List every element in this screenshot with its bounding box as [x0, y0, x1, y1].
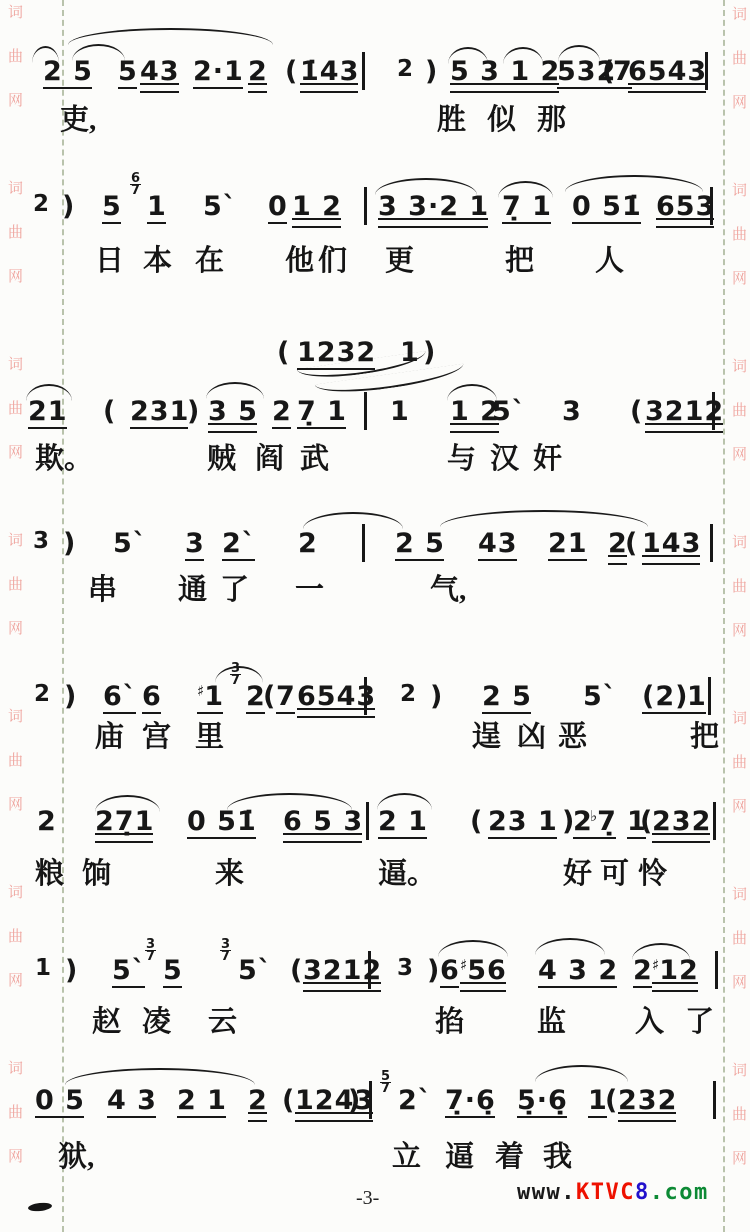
note-token: 2ˋ [398, 1087, 432, 1114]
watermark-char: 曲 [8, 930, 23, 945]
lyric-char: 狱, [58, 1143, 94, 1172]
note-token: ( [263, 683, 276, 710]
note-token: 5 [163, 957, 183, 984]
note-token: 7̣·6̣ [445, 1087, 496, 1114]
note-token: 5ˋ [113, 530, 147, 557]
lyric-char: 我 [543, 1143, 572, 1172]
lyric-char: 气, [430, 576, 466, 605]
slur-arc [95, 795, 160, 812]
barline [715, 951, 718, 989]
note-token: 2 [248, 58, 268, 85]
note-token: 2ˋ [222, 530, 256, 557]
note-token: ) [427, 957, 440, 984]
barline [712, 392, 715, 430]
note-token: 5 [102, 193, 122, 220]
slur-arc [632, 943, 690, 960]
lyric-char: 阎 [255, 445, 284, 474]
note-token: 1 [390, 398, 410, 425]
note-token: (2) [642, 683, 688, 710]
lyric-char: 逼 [445, 1143, 474, 1172]
lyric-char: 通 [178, 576, 207, 605]
watermark-char: 网 [8, 446, 23, 461]
barline [364, 392, 367, 430]
note-token: 3 [562, 398, 582, 425]
note-token: ( [277, 339, 290, 366]
barline [705, 52, 708, 90]
watermark-char: 曲 [8, 50, 23, 65]
lyric-char: 来 [215, 860, 244, 889]
note-token: 3 5 [208, 398, 258, 425]
slur-arc [72, 44, 125, 61]
lyric-char: 他 [285, 247, 314, 276]
watermark-char: 网 [8, 1150, 23, 1165]
note-token: 43 [140, 58, 180, 85]
note-token: 1 [687, 683, 707, 710]
note-token: 3 [185, 530, 205, 557]
watermark-char: 词 [8, 1062, 23, 1077]
slur-arc [68, 28, 273, 45]
watermark-char: 词 [8, 534, 23, 549]
slur-arc [448, 47, 488, 64]
watermark-char: 网 [732, 96, 747, 111]
lyric-char: 与 [447, 445, 476, 474]
watermark-char: 曲 [732, 52, 747, 67]
note-token: 21 [548, 530, 588, 557]
lyric-char: 们 [318, 247, 347, 276]
watermark-char: 网 [732, 624, 747, 639]
lyric-char: 里 [195, 723, 224, 752]
note-token: 5ˋ [238, 957, 272, 984]
lyric-char: 恶 [558, 723, 587, 752]
lyric-char: 在 [195, 247, 224, 276]
slur-arc [498, 181, 553, 198]
site-watermark-www: www. [517, 1180, 576, 1205]
watermark-char: 曲 [8, 578, 23, 593]
watermark-char: 曲 [732, 404, 747, 419]
note-token: 6543 [628, 58, 707, 85]
grace-note: 37 [145, 939, 156, 962]
note-token: 3 3·2 1 [378, 193, 489, 220]
lyric-char: 日 [95, 247, 124, 276]
lyric-char: 把 [690, 723, 719, 752]
lyric-char: 逼。 [378, 860, 436, 889]
note-token: 7̣ 1 [297, 398, 347, 425]
barline [713, 1081, 716, 1119]
note-token: 1 2 [292, 193, 342, 220]
lyric-char: 人 [595, 247, 624, 276]
slur-arc [565, 175, 703, 192]
note-token: 5ˋ [492, 398, 526, 425]
watermark-char: 词 [8, 358, 23, 373]
note-token: 0 51̇ [187, 808, 257, 835]
lyric-char: 了 [685, 1008, 714, 1037]
barline [710, 524, 713, 562]
watermark-char: 曲 [732, 228, 747, 243]
note-token: 2 [397, 58, 414, 81]
note-token: 7 [276, 683, 296, 710]
site-watermark-ktvc: KTVC [576, 1180, 635, 1205]
barline [366, 802, 369, 840]
lyric-char: 宫 [142, 723, 171, 752]
note-token: ♭7̣ [590, 808, 617, 835]
note-token: 2 5 [395, 530, 445, 557]
watermark-char: 网 [732, 976, 747, 991]
slur-arc [215, 666, 263, 683]
note-token: 5ˋ [583, 683, 617, 710]
note-token: 0 [268, 193, 288, 220]
watermark-char: 网 [732, 800, 747, 815]
note-token: 2 1 [177, 1087, 227, 1114]
barline [362, 52, 365, 90]
watermark-char: 网 [8, 622, 23, 637]
watermark-char: 词 [732, 8, 747, 23]
lyric-char: 欺。 [35, 445, 93, 474]
lyric-char: 汉 [490, 445, 519, 474]
barline [708, 677, 711, 715]
right-dashed-border [723, 0, 725, 1232]
accidental: ♯ [460, 956, 467, 974]
note-token: 0 5 [35, 1087, 85, 1114]
note-token: 2 [633, 957, 653, 984]
barline [364, 677, 367, 715]
lyric-char: 赵 [92, 1008, 121, 1037]
note-token: 5̣·6̣ [517, 1087, 568, 1114]
lyric-char: 凶 [517, 723, 546, 752]
note-token: ) [187, 398, 200, 425]
lyric-char: 奸 [533, 445, 562, 474]
note-token: 5ˋ [112, 957, 146, 984]
watermark-char: 网 [8, 270, 23, 285]
left-dashed-border [62, 0, 64, 1232]
accidental: ♯ [197, 682, 204, 700]
watermark-char: 曲 [8, 1106, 23, 1121]
note-token: 6 [440, 957, 460, 984]
lyric-char: 粮 [35, 860, 64, 889]
lyric-char: 本 [143, 247, 172, 276]
note-token: 21 [28, 398, 68, 425]
lyric-char: 串 [88, 576, 117, 605]
watermark-char: 曲 [732, 580, 747, 595]
grace-note: 37 [220, 939, 231, 962]
note-token: 0 51̇ [572, 193, 642, 220]
slur-arc [447, 384, 497, 401]
lyric-char: 更 [385, 247, 414, 276]
slur-arc [65, 1068, 255, 1085]
note-token: 23 1 [488, 808, 558, 835]
grace-note: 57 [380, 1071, 391, 1094]
note-token: 653 [656, 193, 715, 220]
watermark-char: 曲 [8, 226, 23, 241]
lyric-char: 了 [220, 576, 249, 605]
slur-arc [303, 512, 403, 529]
note-token: 1 [35, 957, 52, 980]
note-token: ( [605, 1087, 618, 1114]
note-token: 1243 [295, 1087, 374, 1114]
note-token: ) [64, 683, 77, 710]
note-token: ( [470, 808, 483, 835]
watermark-char: 词 [732, 712, 747, 727]
note-token: 2 [33, 193, 50, 216]
note-token: ( [290, 957, 303, 984]
slur-arc [558, 45, 600, 62]
slur-arc [227, 793, 352, 810]
lyric-char: 可 [600, 860, 629, 889]
note-token: 232 [652, 808, 711, 835]
note-token: 4 3 2 [538, 957, 618, 984]
note-token: ( [625, 530, 638, 557]
watermark-char: 词 [8, 710, 23, 725]
lyric-char: 凌 [142, 1008, 171, 1037]
slur-arc [26, 384, 72, 401]
barline [710, 187, 713, 225]
note-token: 4 3 [107, 1087, 157, 1114]
watermark-char: 曲 [732, 932, 747, 947]
watermark-char: 曲 [8, 754, 23, 769]
lyric-char: 入 [635, 1008, 664, 1037]
lyric-char: 监 [537, 1008, 566, 1037]
slur-arc [32, 46, 59, 63]
note-token: 1 [147, 193, 167, 220]
note-token: 5ˋ [203, 193, 237, 220]
note-token: 6 [142, 683, 162, 710]
note-token: 43 [478, 530, 518, 557]
lyric-char: 着 [495, 1143, 524, 1172]
slur-arc [535, 938, 605, 955]
page-number: -3- [356, 1188, 379, 1208]
barline [713, 802, 716, 840]
note-token: 27̣1 [95, 808, 154, 835]
watermark-char: 词 [732, 888, 747, 903]
lyric-char: 云 [208, 1008, 237, 1037]
note-token: ( [285, 58, 298, 85]
barline [368, 951, 371, 989]
note-token: ) [348, 1087, 361, 1114]
barline [369, 1081, 372, 1119]
watermark-char: 词 [8, 182, 23, 197]
watermark-char: 网 [732, 1152, 747, 1167]
note-token: ♯56 [460, 957, 507, 984]
lyric-char: 似 [487, 106, 516, 135]
lyric-char: 庙 [95, 723, 124, 752]
lyric-char: 胜 [437, 106, 466, 135]
watermark-char: 网 [8, 974, 23, 989]
lyric-char: 立 [392, 1143, 421, 1172]
slur-arc [206, 382, 264, 399]
lyric-char: 一 [295, 576, 324, 605]
note-token: ( [630, 398, 643, 425]
note-token: 5 [118, 58, 138, 85]
slur-arc [375, 178, 477, 195]
note-token: ♯12 [652, 957, 699, 984]
watermark-char: 网 [8, 798, 23, 813]
note-token: 3 [33, 530, 50, 553]
lyric-char: 武 [300, 445, 329, 474]
note-token: 2 1 [378, 808, 428, 835]
note-token: ) [63, 530, 76, 557]
accidental: ♭ [590, 807, 597, 825]
note-token: ) [425, 58, 438, 85]
watermark-char: 曲 [8, 402, 23, 417]
site-watermark-8: 8 [635, 1180, 650, 1205]
note-token: 3 [397, 957, 414, 980]
note-token: 2 [37, 808, 57, 835]
sheet-music-page: 词曲网词曲网词曲网词曲网词曲网词曲网词曲网 词曲网词曲网词曲网词曲网词曲网词曲网… [0, 0, 750, 1232]
note-token: 2·1 [193, 58, 244, 85]
watermark-char: 网 [8, 94, 23, 109]
barline [364, 187, 367, 225]
slur-arc [377, 793, 432, 810]
lyric-char: 好 [563, 860, 592, 889]
lyric-char: 把 [505, 247, 534, 276]
note-token: 231 [130, 398, 189, 425]
ink-smudge [28, 1202, 53, 1212]
note-token: 2 [298, 530, 318, 557]
note-token: 2 [400, 683, 417, 706]
note-token: ♯1 [197, 683, 224, 710]
note-token: ) [65, 957, 78, 984]
note-token: ) [430, 683, 443, 710]
watermark-char: 网 [732, 272, 747, 287]
lyric-char: 吏, [60, 106, 96, 135]
slur-arc [440, 510, 648, 527]
watermark-char: 词 [732, 184, 747, 199]
watermark-char: 词 [8, 6, 23, 21]
slur-arc [535, 1065, 628, 1082]
note-token: 2 [272, 398, 292, 425]
lyric-char: 那 [537, 106, 566, 135]
slur-arc [438, 940, 508, 957]
watermark-char: 曲 [732, 756, 747, 771]
lyric-char: 怜 [638, 860, 667, 889]
lyric-char: 饷 [82, 860, 111, 889]
slur-arc [503, 47, 543, 64]
note-token: 1̇43 [300, 58, 359, 85]
note-token: ) [62, 193, 75, 220]
note-token: ( [103, 398, 116, 425]
lyric-char: 逞 [472, 723, 501, 752]
site-watermark: www.KTVC8.com [517, 1182, 709, 1204]
watermark-char: 曲 [732, 1108, 747, 1123]
note-token: 6ˋ [103, 683, 137, 710]
site-watermark-com: .com [650, 1180, 709, 1205]
grace-note: 67 [130, 173, 141, 196]
watermark-char: 词 [8, 886, 23, 901]
watermark-char: 词 [732, 1064, 747, 1079]
barline [362, 524, 365, 562]
note-token: 232 [618, 1087, 677, 1114]
note-token: ( [282, 1087, 295, 1114]
watermark-char: 词 [732, 360, 747, 375]
note-token: 2 [34, 683, 51, 706]
note-token: 2 [248, 1087, 268, 1114]
lyric-char: 掐 [435, 1008, 464, 1037]
watermark-char: 网 [732, 448, 747, 463]
note-token: 143 [642, 530, 701, 557]
note-token: 6 5 3 [283, 808, 363, 835]
lyric-char: 贼 [207, 445, 236, 474]
note-token: 2 5 [482, 683, 532, 710]
watermark-char: 词 [732, 536, 747, 551]
